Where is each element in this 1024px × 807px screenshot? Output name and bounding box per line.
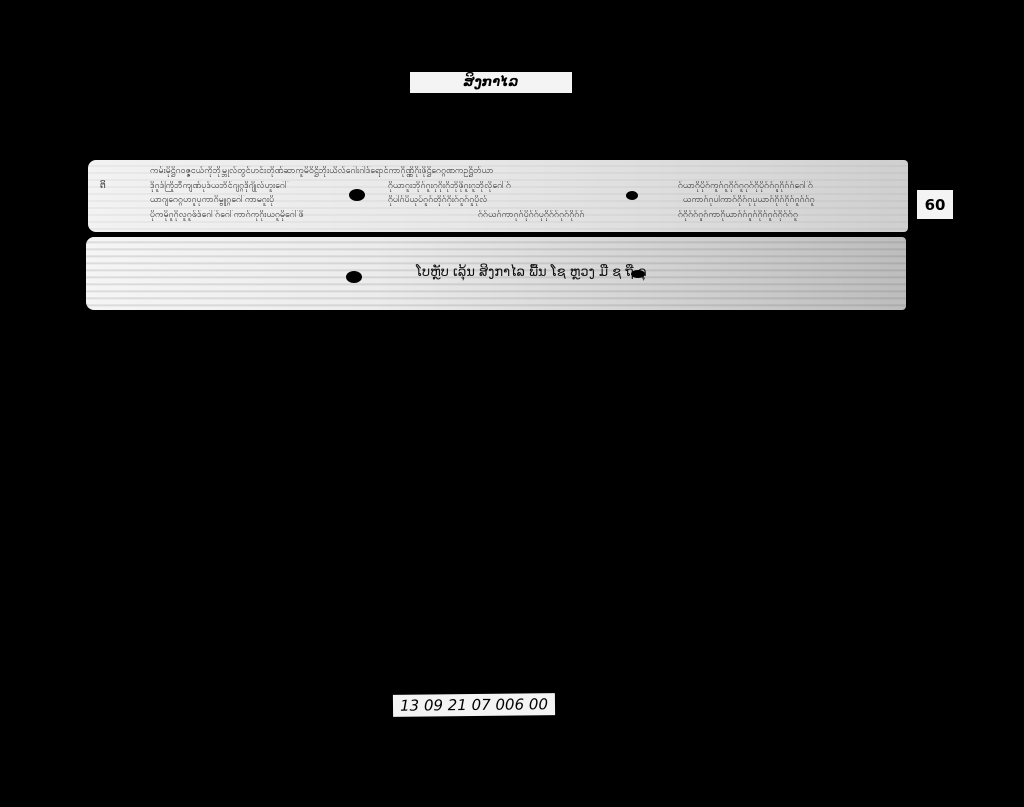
leaf-line-4c: ဂ်ဂိုဂ်ဂ်ဂူဂ်ကာဂိုယာဂ်ဂ်ဂူဂ်ဂိုဂ်ဂူဂ်ဂို… — [678, 210, 848, 222]
leaf-line-3a: ယာဂျဂေဂ္ဂဟဂူပုကာဂိမ္ဗူဂ္ဂဂေါ်ကာမဂူးပို — [150, 195, 310, 207]
page-number-label: 60 — [917, 190, 953, 219]
leaf-line-4a: ပိုကမိုဂူဂိုလူဂူဖ်ဒ်ဂေါ်ဂ်ဂေါ်ကာဂ်ကုဂိုး… — [150, 210, 480, 222]
manuscript-id-text: 13 09 21 07 006 00 — [400, 695, 548, 715]
string-hole-right — [631, 270, 645, 278]
leaf-line-2c: ဂ်ယာဂိုပိုဂ်ကူဂ်ဂူဂိုဂ်ဂူဂုဂ်ဂိုပိုဂ်ဂ်ဂ… — [678, 181, 843, 193]
leaf-margin-mark: ຕິ — [100, 181, 106, 191]
page-number-text: 60 — [925, 196, 946, 214]
palm-leaf-bottom: ໂບຫຼັບ ເລຸ້ນ ສິງກາໄລ ພື້ນ ໂຊ ຫຼວງ ມື ຊ ຖ… — [86, 237, 906, 310]
palm-leaf-top: ຕິ ကမ်းမိုဋ္ဌိဂဝဇ္ဇငယ်ကိုဘိုမ္ဘုလ်တွင်ဟင… — [88, 160, 908, 232]
leaf-line-3c: ယကာဂ်ဂုပါကာဂ်ဂိုဂ်ဂုပုယာဂ်ဂိုဂ်ဂိုဂ်ဂူဂ်… — [683, 195, 843, 207]
leaf-line-2a: ဒိုဂူဒ်ကြိုဘီကျဏ်ပုဒ်ယဘိင်ဂျဂ္ဂဒိုဂျိုလ်… — [150, 181, 330, 193]
manuscript-id-label: 13 09 21 07 006 00 — [393, 693, 555, 717]
string-hole-left — [349, 189, 365, 201]
leaf-line-1: ကမ်းမိုဋ္ဌိဂဝဇ္ဇငယ်ကိုဘိုမ္ဘုလ်တွင်ဟင်းတ… — [150, 166, 850, 178]
string-hole-right — [626, 191, 638, 200]
title-text: ສິງກາໄລ — [464, 75, 519, 90]
leaf-line-3b: ဂိုပါဂ်ပိယုပ်ဂူဂ်တိုဂ်ဂိုးဂ်ဂူဂ်ဂူပိုလ် — [388, 195, 598, 207]
manuscript-title-label: ສິງກາໄລ — [410, 72, 572, 93]
string-hole-left — [346, 271, 362, 283]
leaf-cover-title: ໂບຫຼັບ ເລຸ້ນ ສິງກາໄລ ພື້ນ ໂຊ ຫຼວງ ມື ຊ ຖ… — [416, 265, 647, 280]
leaf-line-4b: ဂ်ဂ်ယဂ်ကာဂုဂ်ပိုဂ်ဂ်ပုဂိုဂ်ဂ်ဂုဂ်ဂိုဂ်ဂ် — [478, 210, 678, 222]
leaf-line-2b: ဂိုယာဂူးဘိုဂ်ဂူးဂုဂိုးဂိုဘိုဖိုဂူးဂူဘိုလ… — [388, 181, 618, 193]
